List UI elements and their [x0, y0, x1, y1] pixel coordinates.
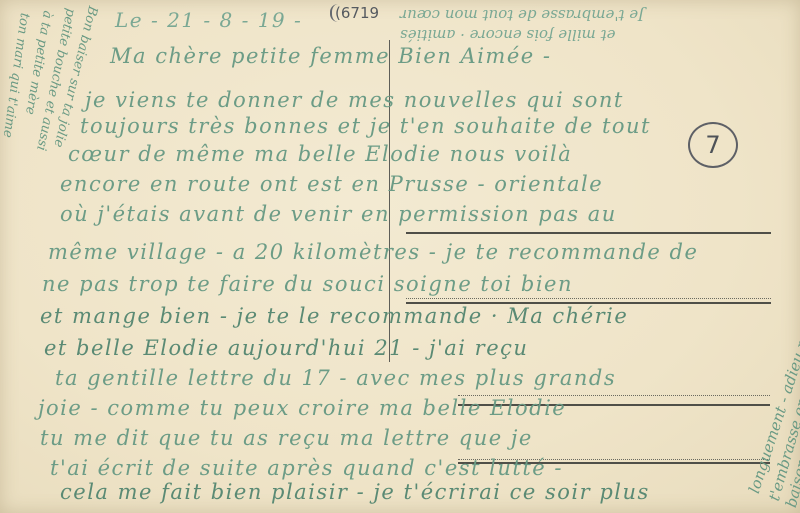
body-line-3: toujours très bonnes et je t'en souhaite…: [80, 114, 651, 138]
body-line-15: cela me fait bien plaisir - je t'écrirai…: [60, 480, 650, 504]
archive-reference: (6719: [330, 4, 382, 22]
body-line-2: je viens te donner de mes nouvelles qui …: [85, 88, 624, 112]
body-line-9: et mange bien - je te le recommande · Ma…: [40, 304, 628, 328]
body-line-7: même village - a 20 kilomètres - je te r…: [48, 240, 698, 264]
body-line-1: Ma chère petite femme Bien Aimée -: [110, 44, 551, 68]
body-line-13: tu me dit que tu as reçu ma lettre que j…: [40, 426, 533, 450]
body-line-6: où j'étais avant de venir en permission …: [60, 202, 617, 226]
body-line-4: cœur de même ma belle Elodie nous voilà: [68, 142, 572, 166]
body-line-12: joie - comme tu peux croire ma belle Elo…: [38, 396, 566, 420]
circled-number: 7: [688, 122, 738, 168]
postcard-back: (6719 7 Je t'embrasse de tout mon cœur e…: [0, 0, 800, 513]
left-margin-line-4: ton mari qui t'aime: [0, 12, 32, 139]
address-dotted-line-1: [406, 298, 771, 299]
body-line-11: ta gentille lettre du 17 - avec mes plus…: [55, 366, 616, 390]
body-line-14: t'ai écrit de suite après quand c'est lu…: [50, 456, 563, 480]
upside-down-line-2: et mille fois encore · amitiés: [400, 26, 615, 44]
upside-down-line-1: Je t'embrasse de tout mon cœur: [400, 6, 644, 24]
address-line-1: [406, 232, 771, 234]
circled-number-text: 7: [705, 131, 720, 159]
body-line-8: ne pas trop te faire du souci soigne toi…: [42, 272, 573, 296]
body-line-5: encore en route ont est en Prusse - orie…: [60, 172, 603, 196]
body-line-10: et belle Elodie aujourd'hui 21 - j'ai re…: [44, 336, 528, 360]
letter-date: Le - 21 - 8 - 19 -: [115, 8, 302, 32]
